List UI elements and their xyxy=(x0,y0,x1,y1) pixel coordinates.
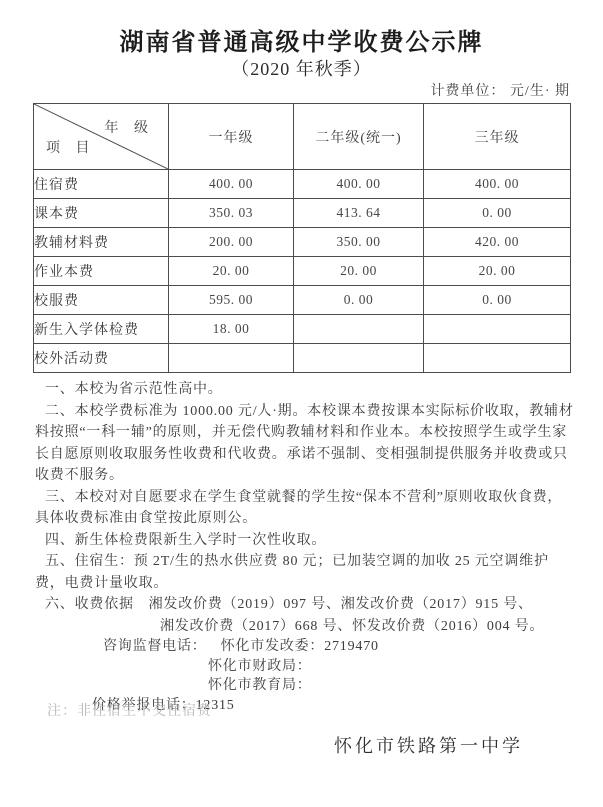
development-reform-commission-phone: 怀化市发改委：2719470 xyxy=(221,639,379,654)
notes-section: 一、本校为省示范性高中。 二、本校学费标准为 1000.00 元/人·期。本校课… xyxy=(35,379,577,715)
table-row: 课本费 350. 03 413. 64 0. 00 xyxy=(34,199,571,228)
corner-label-grade: 年 级 xyxy=(105,117,155,137)
cell-value: 400. 00 xyxy=(294,170,424,199)
cell-value: 400. 00 xyxy=(169,170,294,199)
row-label-accommodation: 住宿费 xyxy=(34,170,169,199)
table-row: 住宿费 400. 00 400. 00 400. 00 xyxy=(34,170,571,199)
table-row: 新生入学体检费 18. 00 xyxy=(34,315,571,344)
cell-value: 20. 00 xyxy=(294,257,424,286)
note-item-4: 四、新生体检费限新生入学时一次性收取。 xyxy=(35,530,577,552)
cell-value: 350. 03 xyxy=(169,199,294,228)
table-header-row: 年 级 项 目 一年级 二年级(统一) 三年级 xyxy=(34,104,571,170)
consult-hotline-line: 咨询监督电话：怀化市发改委：2719470 xyxy=(35,637,577,657)
cell-value: 0. 00 xyxy=(294,286,424,315)
column-header-grade1: 一年级 xyxy=(169,104,294,170)
non-boarder-note: 注：非住宿生不交住宿费 xyxy=(47,700,212,720)
row-label-medical-exam: 新生入学体检费 xyxy=(34,315,169,344)
note-item-3: 三、本校对对自愿要求在学生食堂就餐的学生按“保本不营利”原则收取伙食费，具体收费… xyxy=(35,487,577,530)
row-label-offcampus-activity: 校外活动费 xyxy=(34,344,169,373)
cell-value: 0. 00 xyxy=(424,199,571,228)
table-row: 教辅材料费 200. 00 350. 00 420. 00 xyxy=(34,228,571,257)
corner-header-cell: 年 级 项 目 xyxy=(34,104,169,170)
table-row: 作业本费 20. 00 20. 00 20. 00 xyxy=(34,257,571,286)
cell-value: 420. 00 xyxy=(424,228,571,257)
school-signature: 怀化市铁路第一中学 xyxy=(334,732,523,758)
cell-value xyxy=(294,344,424,373)
page-title: 湖南省普通高级中学收费公示牌 xyxy=(0,22,603,57)
cell-value xyxy=(169,344,294,373)
note-item-6-line1: 六、收费依据 湘发改价费（2019）097 号、湘发改价费（2017）915 号… xyxy=(35,594,577,616)
note-item-2: 二、本校学费标准为 1000.00 元/人·期。本校课本费按课本实际标价收取，教… xyxy=(35,401,577,487)
row-label-textbook: 课本费 xyxy=(34,199,169,228)
finance-bureau-line: 怀化市财政局： xyxy=(35,657,577,677)
fee-disclosure-document: 湖南省普通高级中学收费公示牌 （2020 年秋季） 计费单位： 元/生· 期 年… xyxy=(0,0,603,807)
note-item-1: 一、本校为省示范性高中。 xyxy=(35,379,577,401)
row-label-uniform: 校服费 xyxy=(34,286,169,315)
table-row: 校外活动费 xyxy=(34,344,571,373)
row-label-workbook: 作业本费 xyxy=(34,257,169,286)
cell-value: 400. 00 xyxy=(424,170,571,199)
fee-table: 年 级 项 目 一年级 二年级(统一) 三年级 住宿费 400. 00 400.… xyxy=(33,103,571,373)
cell-value: 0. 00 xyxy=(424,286,571,315)
column-header-grade3: 三年级 xyxy=(424,104,571,170)
cell-value: 200. 00 xyxy=(169,228,294,257)
table-row: 校服费 595. 00 0. 00 0. 00 xyxy=(34,286,571,315)
cell-value xyxy=(294,315,424,344)
cell-value: 595. 00 xyxy=(169,286,294,315)
cell-value: 350. 00 xyxy=(294,228,424,257)
cell-value: 20. 00 xyxy=(169,257,294,286)
cell-value: 413. 64 xyxy=(294,199,424,228)
corner-label-item: 项 目 xyxy=(46,137,96,157)
page-subtitle: （2020 年秋季） xyxy=(0,55,603,81)
cell-value: 18. 00 xyxy=(169,315,294,344)
education-bureau-line: 怀化市教育局： xyxy=(35,676,577,696)
column-header-grade2: 二年级(统一) xyxy=(294,104,424,170)
billing-unit-label: 计费单位： 元/生· 期 xyxy=(430,80,570,100)
note-item-5: 五、住宿生：预 2T/生的热水供应费 80 元；已加装空调的加收 25 元空调维… xyxy=(35,551,577,594)
row-label-supplementary-materials: 教辅材料费 xyxy=(34,228,169,257)
consult-hotline-label: 咨询监督电话： xyxy=(103,639,207,654)
note-item-6-line2: 湘发改价费（2017）668 号、怀发改价费（2016）004 号。 xyxy=(35,616,577,638)
cell-value: 20. 00 xyxy=(424,257,571,286)
cell-value xyxy=(424,315,571,344)
cell-value xyxy=(424,344,571,373)
